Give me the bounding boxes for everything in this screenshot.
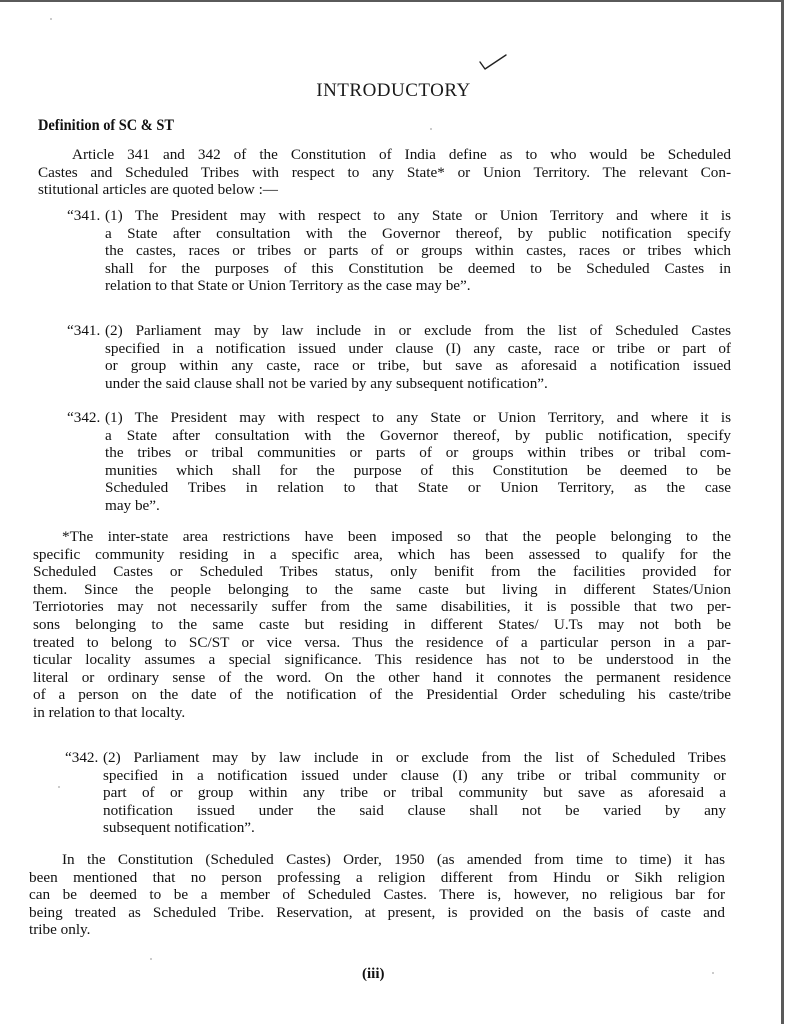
text-line: or group within any caste, race or tribe… <box>105 357 731 375</box>
text-line: shall for the purposes of this Constitut… <box>105 260 731 278</box>
quote-341-2: “341. (2) Parliament may by law include … <box>67 322 731 396</box>
text-line: them. Since the people belonging to the … <box>33 581 731 599</box>
text-line: specified in a notification issued under… <box>103 767 726 785</box>
quote-342-2: “342. (2) Parliament may by law include … <box>65 749 726 841</box>
text-line: a State after consultation with the Gove… <box>105 427 731 445</box>
text-line: In the Constitution (Scheduled Castes) O… <box>29 851 725 869</box>
text-line: treated to belong to SC/ST or vice versa… <box>33 634 731 652</box>
text-line: Scheduled Tribes in relation to that Sta… <box>105 479 731 497</box>
text-line: literal or ordinary sense of the word. O… <box>33 669 731 687</box>
quote-342-1: “342. (1) The President may with respect… <box>67 409 731 519</box>
page-number: (iii) <box>362 966 385 983</box>
article-number: “341. <box>67 207 100 225</box>
text-line: specific community residing in a specifi… <box>33 546 731 564</box>
text-line: munities which shall for the purpose of … <box>105 462 731 480</box>
text-line: specified in a notification issued under… <box>105 340 731 358</box>
text-line: stitutional articles are quoted below :— <box>38 181 731 199</box>
text-line: the tribes or tribal communities or part… <box>105 444 731 462</box>
article-number: “342. <box>67 409 100 427</box>
article-number: “341. <box>67 322 100 340</box>
text-line: (2) Parliament may by law include in or … <box>103 749 726 767</box>
quote-body: (2) Parliament may by law include in or … <box>105 322 731 392</box>
footnote-paragraph: *The inter-state area restrictions have … <box>33 528 731 722</box>
text-line: a State after consultation with the Gove… <box>105 225 731 243</box>
quote-body: (1) The President may with respect to an… <box>105 409 731 515</box>
checkmark-icon <box>478 52 508 72</box>
text-line: may be”. <box>105 497 731 515</box>
scan-speck <box>50 18 52 20</box>
scan-speck <box>150 958 152 960</box>
text-line: sons belonging to the same caste but res… <box>33 616 731 634</box>
scan-speck <box>58 786 60 788</box>
text-line: (1) The President may with respect to an… <box>105 207 731 225</box>
closing-paragraph: In the Constitution (Scheduled Castes) O… <box>29 851 725 939</box>
text-line: been mentioned that no person professing… <box>29 869 725 887</box>
text-line: (1) The President may with respect to an… <box>105 409 731 427</box>
text-line: ticular locality assumes a special signi… <box>33 651 731 669</box>
text-line: of a person on the date of the notificat… <box>33 686 731 704</box>
text-line: subsequent notification”. <box>103 819 726 837</box>
text-line: in relation to that localty. <box>33 704 731 722</box>
text-line: being treated as Scheduled Tribe. Reserv… <box>29 904 725 922</box>
text-line: under the said clause shall not be varie… <box>105 375 731 393</box>
text-line: (2) Parliament may by law include in or … <box>105 322 731 340</box>
text-line: the castes, races or tribes or parts of … <box>105 242 731 260</box>
scan-speck <box>712 972 714 974</box>
text-line: notification issued under the said claus… <box>103 802 726 820</box>
text-line: can be deemed to be a member of Schedule… <box>29 886 725 904</box>
article-number: “342. <box>65 749 98 767</box>
intro-paragraph: Article 341 and 342 of the Constitution … <box>38 146 731 199</box>
text-line: part of or group within any tribe or tri… <box>103 784 726 802</box>
text-line: Article 341 and 342 of the Constitution … <box>38 146 731 164</box>
quote-body: (2) Parliament may by law include in or … <box>103 749 726 837</box>
quote-body: (1) The President may with respect to an… <box>105 207 731 295</box>
text-line: relation to that State or Union Territor… <box>105 277 731 295</box>
text-line: tribe only. <box>29 921 725 939</box>
text-line: Scheduled Castes or Scheduled Tribes sta… <box>33 563 731 581</box>
section-heading: Definition of SC & ST <box>38 117 174 135</box>
text-line: Terriotories may not necessarily suffer … <box>33 598 731 616</box>
scan-speck <box>430 128 432 130</box>
text-line: *The inter-state area restrictions have … <box>33 528 731 546</box>
text-line: Castes and Scheduled Tribes with respect… <box>38 164 731 182</box>
page-title: INTRODUCTORY <box>0 80 787 102</box>
quote-341-1: “341. (1) The President may with respect… <box>67 207 731 299</box>
